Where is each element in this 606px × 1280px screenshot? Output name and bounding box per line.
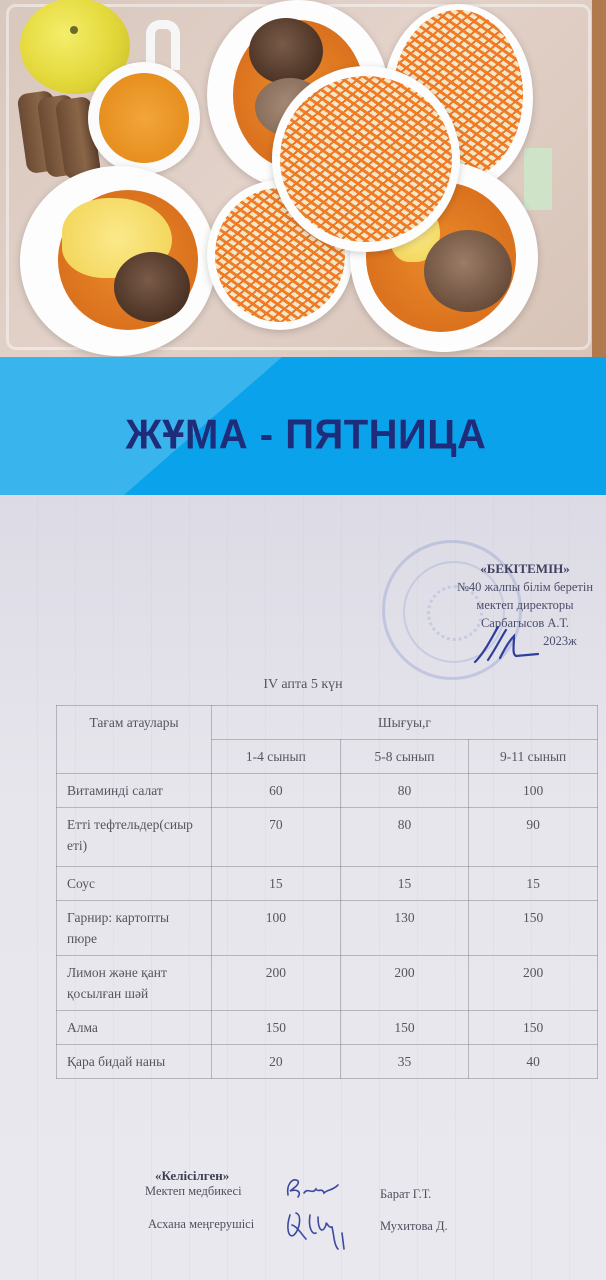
week-day-label: IV апта 5 күн: [0, 677, 606, 693]
table-row: Гарнир: картопты пюре 100 130 150: [57, 901, 598, 956]
dish-name: Гарнир: картопты пюре: [57, 901, 212, 956]
portion-value: 200: [469, 956, 598, 1011]
salad-bowl-image: [272, 66, 460, 252]
portion-value: 150: [469, 1011, 598, 1045]
portion-value: 80: [340, 774, 469, 808]
table-row: Етті тефтельдер(сиыр еті) 70 80 90: [57, 808, 598, 867]
signatory-role: Асхана меңгерушісі: [148, 1217, 254, 1232]
portion-value: 35: [340, 1045, 469, 1079]
portion-value: 15: [340, 867, 469, 901]
portion-value: 90: [469, 808, 598, 867]
portion-value: 15: [212, 867, 341, 901]
portion-value: 150: [212, 1011, 341, 1045]
table-header-row: Тағам атаулары Шығуы,г: [57, 706, 598, 740]
portion-value: 20: [212, 1045, 341, 1079]
portion-value: 200: [340, 956, 469, 1011]
nurse-signature-icon: [282, 1173, 342, 1203]
day-title: ЖҰМА - ПЯТНИЦА: [0, 412, 606, 459]
dish-name: Соус: [57, 867, 212, 901]
table-row: Витаминді салат 60 80 100: [57, 774, 598, 808]
signatory-role: Мектеп медбикесі: [145, 1184, 242, 1199]
portion-value: 100: [469, 774, 598, 808]
meatball-bowl-image: [20, 166, 216, 356]
portion-value: 150: [469, 901, 598, 956]
table-row: Лимон және қант қосылған шәй 200 200 200: [57, 956, 598, 1011]
portion-value: 100: [212, 901, 341, 956]
lunch-photo: [0, 0, 606, 357]
header-grade-1-4: 1-4 сынып: [212, 740, 341, 774]
header-grade-9-11: 9-11 сынып: [469, 740, 598, 774]
portion-value: 130: [340, 901, 469, 956]
header-dish-names: Тағам атаулары: [57, 706, 212, 774]
approval-line: мектеп директоры: [440, 596, 606, 614]
dish-name: Алма: [57, 1011, 212, 1045]
tea-cup-image: [88, 62, 200, 174]
signatory-name: Барат Г.Т.: [380, 1187, 431, 1202]
tray-sticker: [524, 148, 552, 210]
portion-value: 70: [212, 808, 341, 867]
agreed-heading: «Келісілген»: [145, 1167, 229, 1184]
header-grade-5-8: 5-8 сынып: [340, 740, 469, 774]
portion-value: 150: [340, 1011, 469, 1045]
portion-value: 40: [469, 1045, 598, 1079]
signatory-name: Мухитова Д.: [380, 1219, 448, 1234]
menu-document: «БЕКІТЕМІН» №40 жалпы білім беретін мект…: [0, 495, 606, 1280]
portion-value: 15: [469, 867, 598, 901]
table-row: Қара бидай наны 20 35 40: [57, 1045, 598, 1079]
dish-name: Қара бидай наны: [57, 1045, 212, 1079]
dish-name: Витаминді салат: [57, 774, 212, 808]
approval-line: №40 жалпы білім беретін: [440, 578, 606, 596]
header-output: Шығуы,г: [212, 706, 598, 740]
menu-table: Тағам атаулары Шығуы,г 1-4 сынып 5-8 сын…: [56, 705, 598, 1079]
portion-value: 60: [212, 774, 341, 808]
table-row: Соус 15 15 15: [57, 867, 598, 901]
cafeteria-head-signature-icon: [282, 1205, 352, 1253]
dish-name: Етті тефтельдер(сиыр еті): [57, 808, 212, 867]
table-edge: [592, 0, 606, 357]
portion-value: 200: [212, 956, 341, 1011]
table-row: Алма 150 150 150: [57, 1011, 598, 1045]
day-banner: ЖҰМА - ПЯТНИЦА: [0, 357, 606, 495]
director-signature-icon: [470, 622, 540, 667]
dish-name: Лимон және қант қосылған шәй: [57, 956, 212, 1011]
portion-value: 80: [340, 808, 469, 867]
approval-heading: «БЕКІТЕМІН»: [440, 560, 606, 578]
agreed-block: «Келісілген»: [145, 1167, 229, 1184]
